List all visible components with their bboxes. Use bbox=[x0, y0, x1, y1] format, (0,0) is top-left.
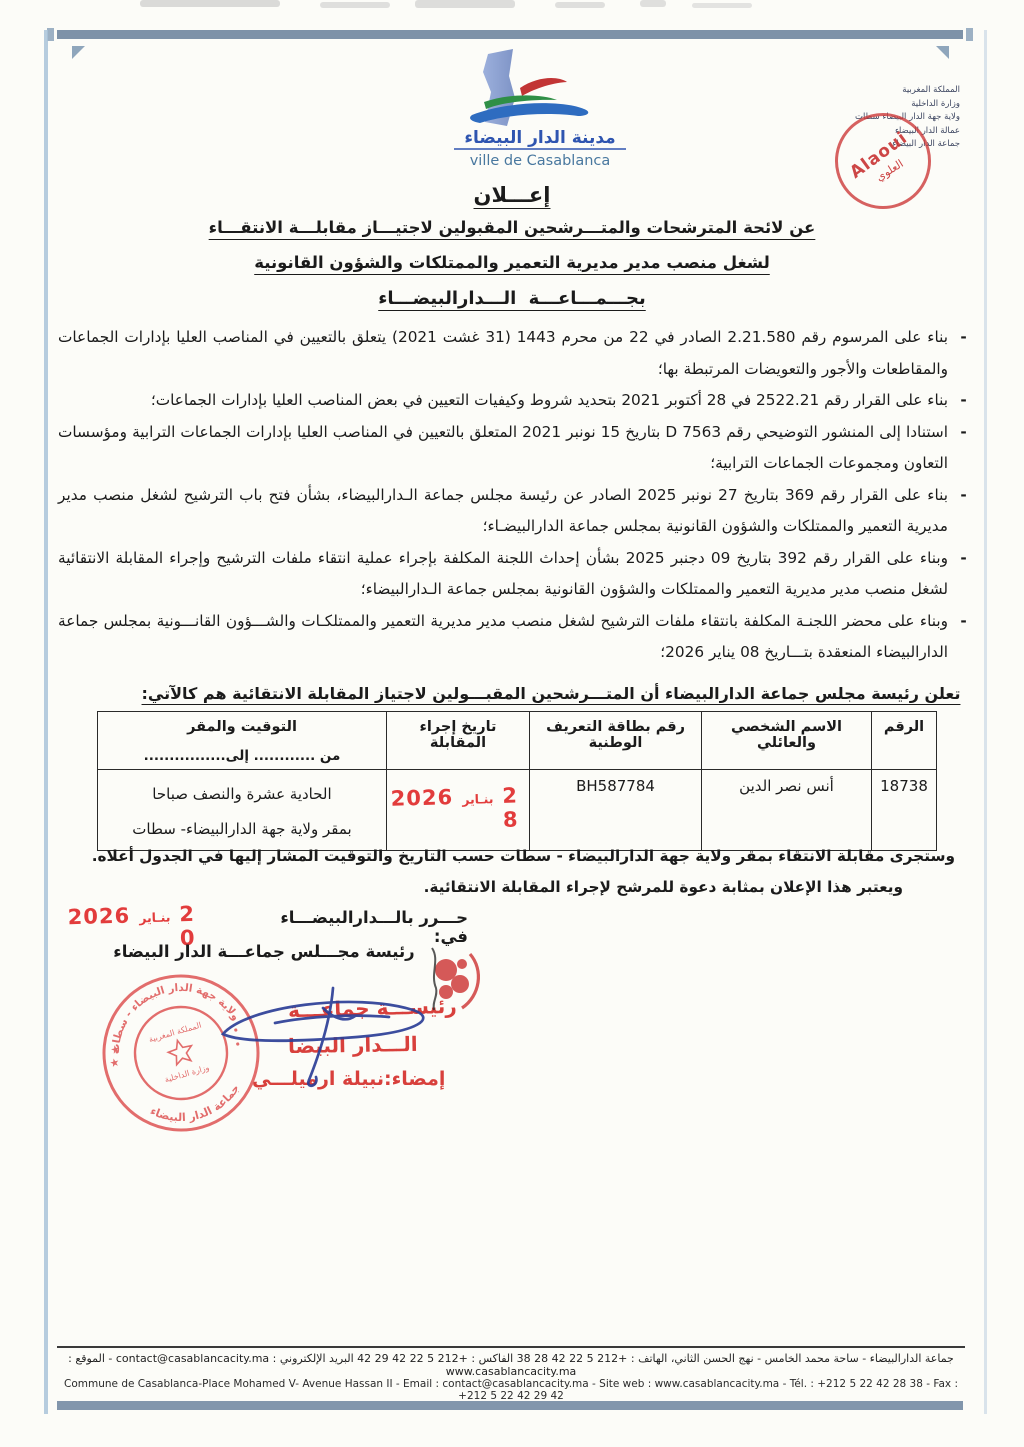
list-item-text: وبناء على محضر اللجنـة المكلفة بانتقاء م… bbox=[58, 606, 948, 669]
list-item-text: استنادا إلى المنشور التوضيحي رقم D 7563 … bbox=[58, 417, 948, 480]
candidate-number: 18738 bbox=[872, 770, 937, 851]
list-item: - بناء على القرار رقم 369 بتاريخ 27 نونب… bbox=[58, 480, 970, 543]
page-border-bottom bbox=[57, 1401, 963, 1410]
interview-time: الحادية عشرة والنصف صباحا bbox=[102, 777, 382, 812]
stamp-year: 2026 bbox=[67, 904, 130, 930]
legal-preamble-list: - بناء على المرسوم رقم 2.21.580 الصادر ف… bbox=[58, 322, 970, 669]
list-item: - بناء على القرار رقم 2522.21 في 28 أكتو… bbox=[58, 385, 970, 417]
seal-star bbox=[166, 1037, 195, 1066]
table-row: 18738 أنس نصر الدين BH587784 2026 بنـاير… bbox=[98, 770, 937, 851]
bullet-dash: - bbox=[957, 385, 970, 417]
stamp-month: بنـاير bbox=[462, 791, 494, 807]
bullet-dash: - bbox=[957, 417, 970, 480]
list-item-text: بناء على القرار رقم 369 بتاريخ 27 نونبر … bbox=[58, 480, 948, 543]
page-border-cap bbox=[47, 28, 54, 41]
col-header-time-venue: التوقيت والمقر من ............ إلى......… bbox=[98, 712, 387, 770]
bullet-dash: - bbox=[957, 543, 970, 606]
logo-swoosh-red bbox=[520, 78, 567, 96]
scan-artifact bbox=[640, 0, 666, 7]
admin-line: وزارة الداخلية bbox=[830, 98, 960, 112]
list-item-text: بناء على المرسوم رقم 2.21.580 الصادر في … bbox=[58, 322, 948, 385]
stamp-month: بنـاير bbox=[139, 910, 171, 926]
list-item: - بناء على المرسوم رقم 2.21.580 الصادر ف… bbox=[58, 322, 970, 385]
scan-artifact bbox=[692, 3, 752, 8]
city-logo-graphic: مدينة الدار البيضاء ville de Casablanca bbox=[400, 48, 680, 174]
page-border-corner bbox=[72, 46, 85, 59]
interview-time-venue-cell: الحادية عشرة والنصف صباحا بمقر ولاية جهة… bbox=[98, 770, 387, 851]
closing-note-1: وستجرى مقابلة الانتقاء بمقر ولاية جهة ال… bbox=[57, 847, 965, 865]
closing-note-2: ويعتبر هذا الإعلان بمثابة دعوة للمرشح لإ… bbox=[57, 878, 965, 896]
page-border-left bbox=[44, 30, 48, 1414]
announcement-title: إعـــلان bbox=[0, 183, 1024, 207]
seal-inner-bottom-text: وزارة الداخلية bbox=[164, 1063, 211, 1084]
col-header-cin: رقم بطاقة التعريف الوطنية bbox=[530, 712, 702, 770]
page-border-corner bbox=[936, 46, 949, 59]
candidate-cin: BH587784 bbox=[530, 770, 702, 851]
col-header-time-range: من ............ إلى................ bbox=[102, 748, 382, 764]
scan-artifact bbox=[415, 0, 515, 8]
interview-venue: بمقر ولاية جهة الدارالبيضاء- سطات bbox=[102, 812, 382, 847]
list-item-text: بناء على القرار رقم 2522.21 في 28 أكتوبر… bbox=[58, 385, 948, 417]
signature-graphic bbox=[205, 982, 443, 1090]
col-header-number: الرقم bbox=[872, 712, 937, 770]
interview-date-cell: 2026 بنـاير 2 8 bbox=[387, 770, 530, 851]
list-item: - استنادا إلى المنشور التوضيحي رقم D 756… bbox=[58, 417, 970, 480]
logo-latin-text: ville de Casablanca bbox=[470, 153, 611, 169]
stamp-day: 2 8 bbox=[502, 783, 526, 832]
interview-date-stamp: 2026 بنـاير 2 8 bbox=[390, 783, 526, 834]
page-border-cap bbox=[966, 28, 973, 41]
scan-artifact bbox=[140, 0, 280, 7]
title-line-3: بجـــمـــاعـــة الـــدارالبيضـــاء bbox=[0, 288, 1024, 309]
bullet-dash: - bbox=[957, 606, 970, 669]
footer-contact-french: Commune de Casablanca-Place Mohamed V- A… bbox=[57, 1378, 965, 1402]
scan-artifact bbox=[320, 2, 390, 8]
list-item-text: وبناء على القرار رقم 392 بتاريخ 09 دجنبر… bbox=[58, 543, 948, 606]
page-border-top bbox=[57, 30, 963, 39]
logo-arabic-text: مدينة الدار البيضاء bbox=[464, 128, 615, 148]
city-logo: مدينة الدار البيضاء ville de Casablanca bbox=[400, 48, 680, 174]
seal-stars-left: ★ ★ bbox=[108, 1044, 123, 1068]
admin-line: المملكة المغربية bbox=[830, 84, 960, 98]
col-header-time-title: التوقيت والمقر bbox=[102, 719, 382, 735]
list-item: - وبناء على محضر اللجنـة المكلفة بانتقاء… bbox=[58, 606, 970, 669]
footer-contact-arabic: جماعة الدارالبيضاء - ساحة محمد الخامس - … bbox=[57, 1352, 965, 1378]
col-header-name: الاسم الشخصي والعائلي bbox=[702, 712, 872, 770]
col-header-date: تاريخ إجراء المقابلة bbox=[387, 712, 530, 770]
seal-inner-top-text: المملكة المغربية bbox=[148, 1021, 203, 1045]
title-line-1: عن لائحة المترشحات والمتـــرشحين المقبول… bbox=[0, 218, 1024, 237]
scan-artifact bbox=[555, 2, 605, 8]
handwritten-signature bbox=[205, 982, 443, 1090]
bullet-dash: - bbox=[957, 480, 970, 543]
candidates-table: الرقم الاسم الشخصي والعائلي رقم بطاقة ال… bbox=[97, 711, 937, 851]
candidates-announcement-line: تعلن رئيسة مجلس جماعة الدارالبيضاء أن ال… bbox=[57, 684, 965, 703]
stamp-year: 2026 bbox=[390, 785, 453, 811]
issued-label: حـــرر بالـــدارالبيضـــاء في: bbox=[246, 908, 468, 946]
page-border-right bbox=[984, 30, 987, 1414]
title-line-2: لشغل منصب مدير مديرية التعمير والممتلكات… bbox=[0, 253, 1024, 272]
scanned-announcement-page: المملكة المغربية وزارة الداخلية ولاية جه… bbox=[0, 0, 1024, 1447]
bullet-dash: - bbox=[957, 322, 970, 385]
table-header-row: الرقم الاسم الشخصي والعائلي رقم بطاقة ال… bbox=[98, 712, 937, 770]
list-item: - وبناء على القرار رقم 392 بتاريخ 09 دجن… bbox=[58, 543, 970, 606]
footer-divider bbox=[57, 1346, 965, 1348]
candidate-name: أنس نصر الدين bbox=[702, 770, 872, 851]
council-president-line: رئيسة مجـــلس جماعـــة الدار البيضاء bbox=[68, 942, 460, 961]
